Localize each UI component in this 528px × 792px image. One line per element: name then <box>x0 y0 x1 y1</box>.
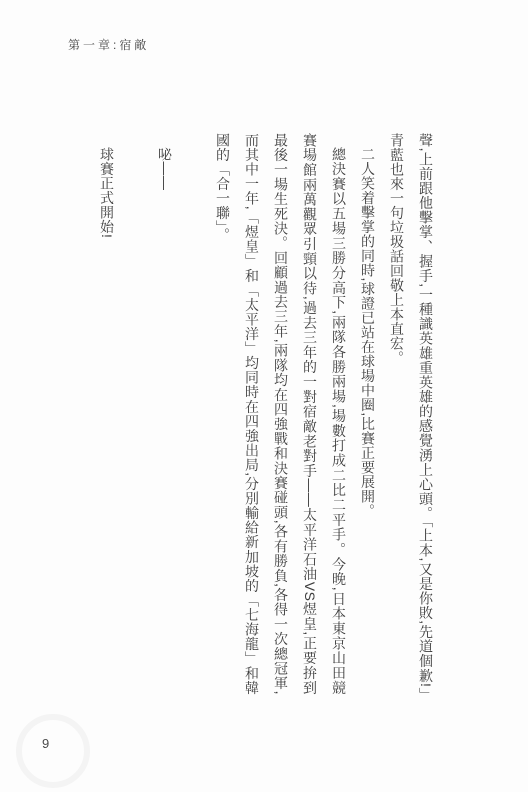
book-page: 第一章:宿敵 聲,上前跟他擊掌、握手,一種識英雄重英雄的感覺湧上心頭。「上本,又… <box>0 0 528 792</box>
paragraph: 聲,上前跟他擊掌、握手,一種識英雄重英雄的感覺湧上心頭。「上本,又是你敗,先道個… <box>382 133 440 695</box>
page-number: 9 <box>42 736 49 751</box>
watermark-circle <box>16 714 90 788</box>
paragraph: 二人笑着擊掌的同時,球證已站在球場中圈,比賽正要展開。 <box>353 133 382 695</box>
chapter-header: 第一章:宿敵 <box>68 36 149 53</box>
vertical-text-block: 聲,上前跟他擊掌、握手,一種識英雄重英雄的感覺湧上心頭。「上本,又是你敗,先道個… <box>84 133 440 695</box>
paragraph: 總決賽以五場三勝分高下,兩隊各勝兩場,場數打成二比二平手。今晚,日本東京山田競賽… <box>208 133 353 695</box>
paragraph: 球賽正式開始! <box>92 133 121 695</box>
paragraph-whistle-sound: 咇—— <box>150 133 179 695</box>
